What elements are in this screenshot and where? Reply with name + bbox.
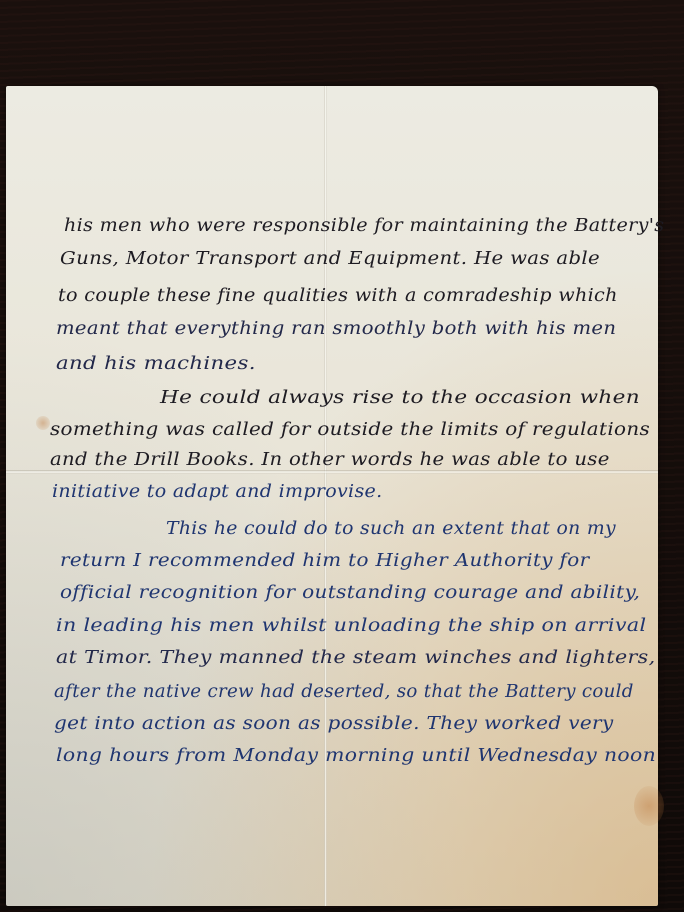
text-line: in leading his men whilst unloading the … [56, 616, 646, 636]
text-line: official recognition for outstanding cou… [60, 583, 640, 603]
text-line: meant that everything ran smoothly both … [56, 319, 616, 339]
text-line: Guns, Motor Transport and Equipment. He … [60, 249, 600, 269]
text-line: at Timor. They manned the steam winches … [56, 648, 656, 668]
text-line: his men who were responsible for maintai… [64, 216, 664, 236]
text-line: return I recommended him to Higher Autho… [60, 551, 589, 571]
text-line: initiative to adapt and improvise. [52, 482, 382, 502]
text-line: get into action as soon as possible. The… [54, 714, 614, 734]
text-line: to couple these fine qualities with a co… [58, 286, 618, 306]
text-line: This he could do to such an extent that … [166, 519, 616, 539]
text-line: and his machines. [56, 354, 256, 374]
text-line: and the Drill Books. In other words he w… [50, 450, 610, 470]
text-line: long hours from Monday morning until Wed… [56, 746, 656, 766]
text-line: He could always rise to the occasion whe… [160, 388, 640, 408]
letter-paper: his men who were responsible for maintai… [6, 86, 658, 906]
text-line: something was called for outside the lim… [50, 420, 650, 440]
handwritten-text: his men who were responsible for maintai… [6, 86, 658, 906]
text-line: after the native crew had deserted, so t… [54, 682, 634, 702]
